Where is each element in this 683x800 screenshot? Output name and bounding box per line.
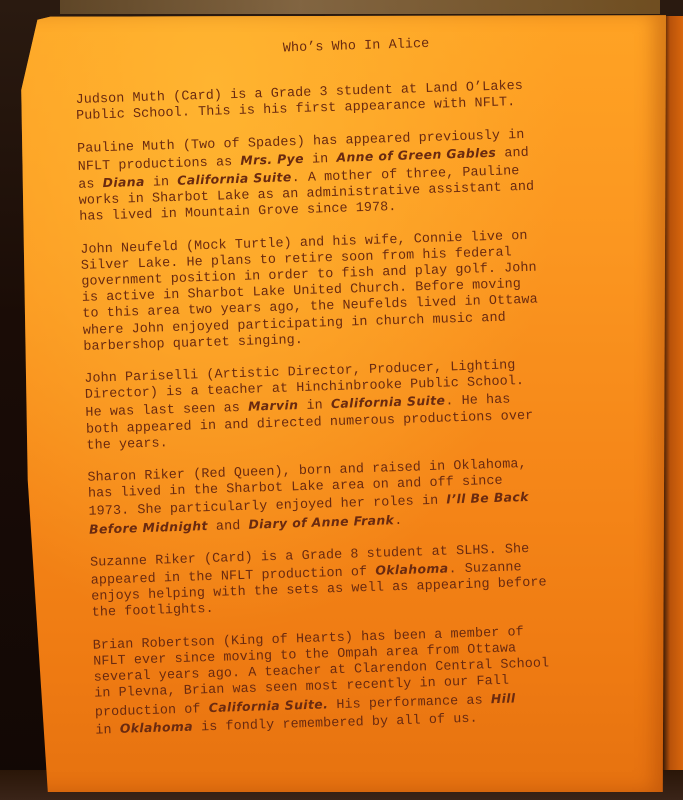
page-content: Who’s Who In Alice Judson Muth (Card) is… <box>74 31 636 756</box>
bio-text: . A mother of three, Pauline works in Sh… <box>79 164 535 225</box>
bio-text: Sharon Riker (Red Queen), born and raise… <box>87 457 527 520</box>
production-title: California Suite. <box>208 696 328 715</box>
bio-paragraph: John Neufeld (Mock Turtle) and his wife,… <box>80 226 623 356</box>
production-title: Oklahoma <box>375 561 449 578</box>
production-title: Hill <box>491 690 516 706</box>
bio-text: His performance as <box>328 693 491 713</box>
bio-paragraph: John Pariselli (Artistic Director, Produ… <box>84 355 626 455</box>
bio-text: Judson Muth (Card) is a Grade 3 student … <box>75 79 523 124</box>
bio-text: in <box>145 175 178 191</box>
bio-paragraph: Suzanne Riker (Card) is a Grade 8 studen… <box>90 539 632 623</box>
bio-list: Judson Muth (Card) is a Grade 3 student … <box>75 76 635 739</box>
bio-text: in <box>298 399 331 415</box>
photo-scene: Who’s Who In Alice Judson Muth (Card) is… <box>0 0 683 800</box>
bio-text: and <box>208 518 249 534</box>
production-title: Mrs. Pye <box>240 151 304 168</box>
bio-paragraph: Judson Muth (Card) is a Grade 3 student … <box>75 76 616 125</box>
back-page-edge <box>663 16 683 786</box>
bio-paragraph: Sharon Riker (Red Queen), born and raise… <box>87 454 629 540</box>
production-title: Diary of Anne Frank <box>248 512 394 532</box>
bio-paragraph: Pauline Muth (Two of Spades) has appeare… <box>77 125 619 227</box>
production-title: Diana <box>102 174 145 190</box>
bio-paragraph: Brian Robertson (King of Hearts) has bee… <box>93 621 636 739</box>
production-title: Marvin <box>248 398 299 415</box>
sheet-edge-behind <box>60 0 660 14</box>
bio-text: in <box>304 152 337 168</box>
production-title: Oklahoma <box>120 718 194 735</box>
bio-text: John Neufeld (Mock Turtle) and his wife,… <box>80 228 538 354</box>
bio-text: is fondly remembered by all of us. <box>193 711 478 735</box>
production-title: California Suite <box>177 169 292 188</box>
production-title: California Suite <box>331 393 446 412</box>
bio-text: . <box>394 514 403 529</box>
